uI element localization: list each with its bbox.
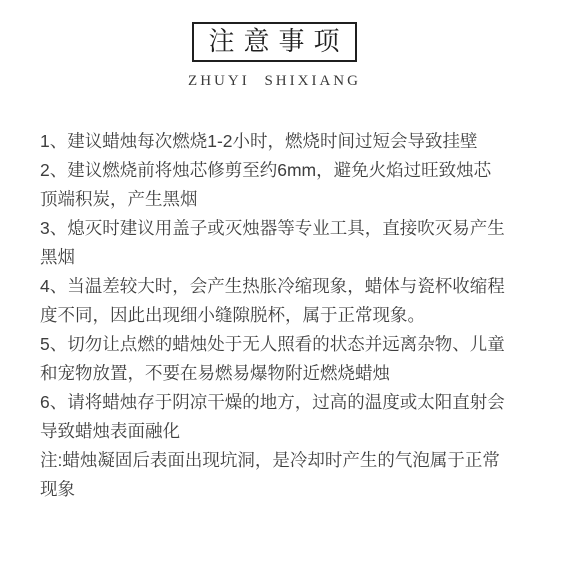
page-title: 注意事项 (208, 27, 348, 56)
notice-page: 注意事项 ZHUYI SHIXIANG 1、建议蜡烛每次燃烧1-2小时，燃烧时间… (0, 0, 575, 569)
page-subtitle: ZHUYI SHIXIANG (188, 73, 361, 90)
notes-list: 1、建议蜡烛每次燃烧1-2小时，燃烧时间过短会导致挂壁2、建议燃烧前将烛芯修剪至… (40, 127, 508, 504)
note-item: 1、建议蜡烛每次燃烧1-2小时，燃烧时间过短会导致挂壁 (40, 127, 508, 156)
title-box: 注意事项 (192, 22, 356, 62)
note-item: 3、熄灭时建议用盖子或灭烛器等专业工具，直接吹灭易产生黑烟 (40, 214, 508, 272)
note-item: 4、当温差较大时，会产生热胀冷缩现象，蜡体与瓷杯收缩程度不同，因此出现细小缝隙脱… (40, 272, 508, 330)
notice-header: 注意事项 ZHUYI SHIXIANG (0, 0, 562, 90)
note-item: 5、切勿让点燃的蜡烛处于无人照看的状态并远离杂物、儿童和宠物放置，不要在易燃易爆… (40, 330, 508, 388)
note-item: 2、建议燃烧前将烛芯修剪至约6mm，避免火焰过旺致烛芯顶端积炭，产生黑烟 (40, 156, 508, 214)
note-item: 6、请将蜡烛存于阴凉干燥的地方，过高的温度或太阳直射会导致蜡烛表面融化 (40, 388, 508, 446)
note-item: 注:蜡烛凝固后表面出现坑洞，是冷却时产生的气泡属于正常现象 (40, 446, 508, 504)
